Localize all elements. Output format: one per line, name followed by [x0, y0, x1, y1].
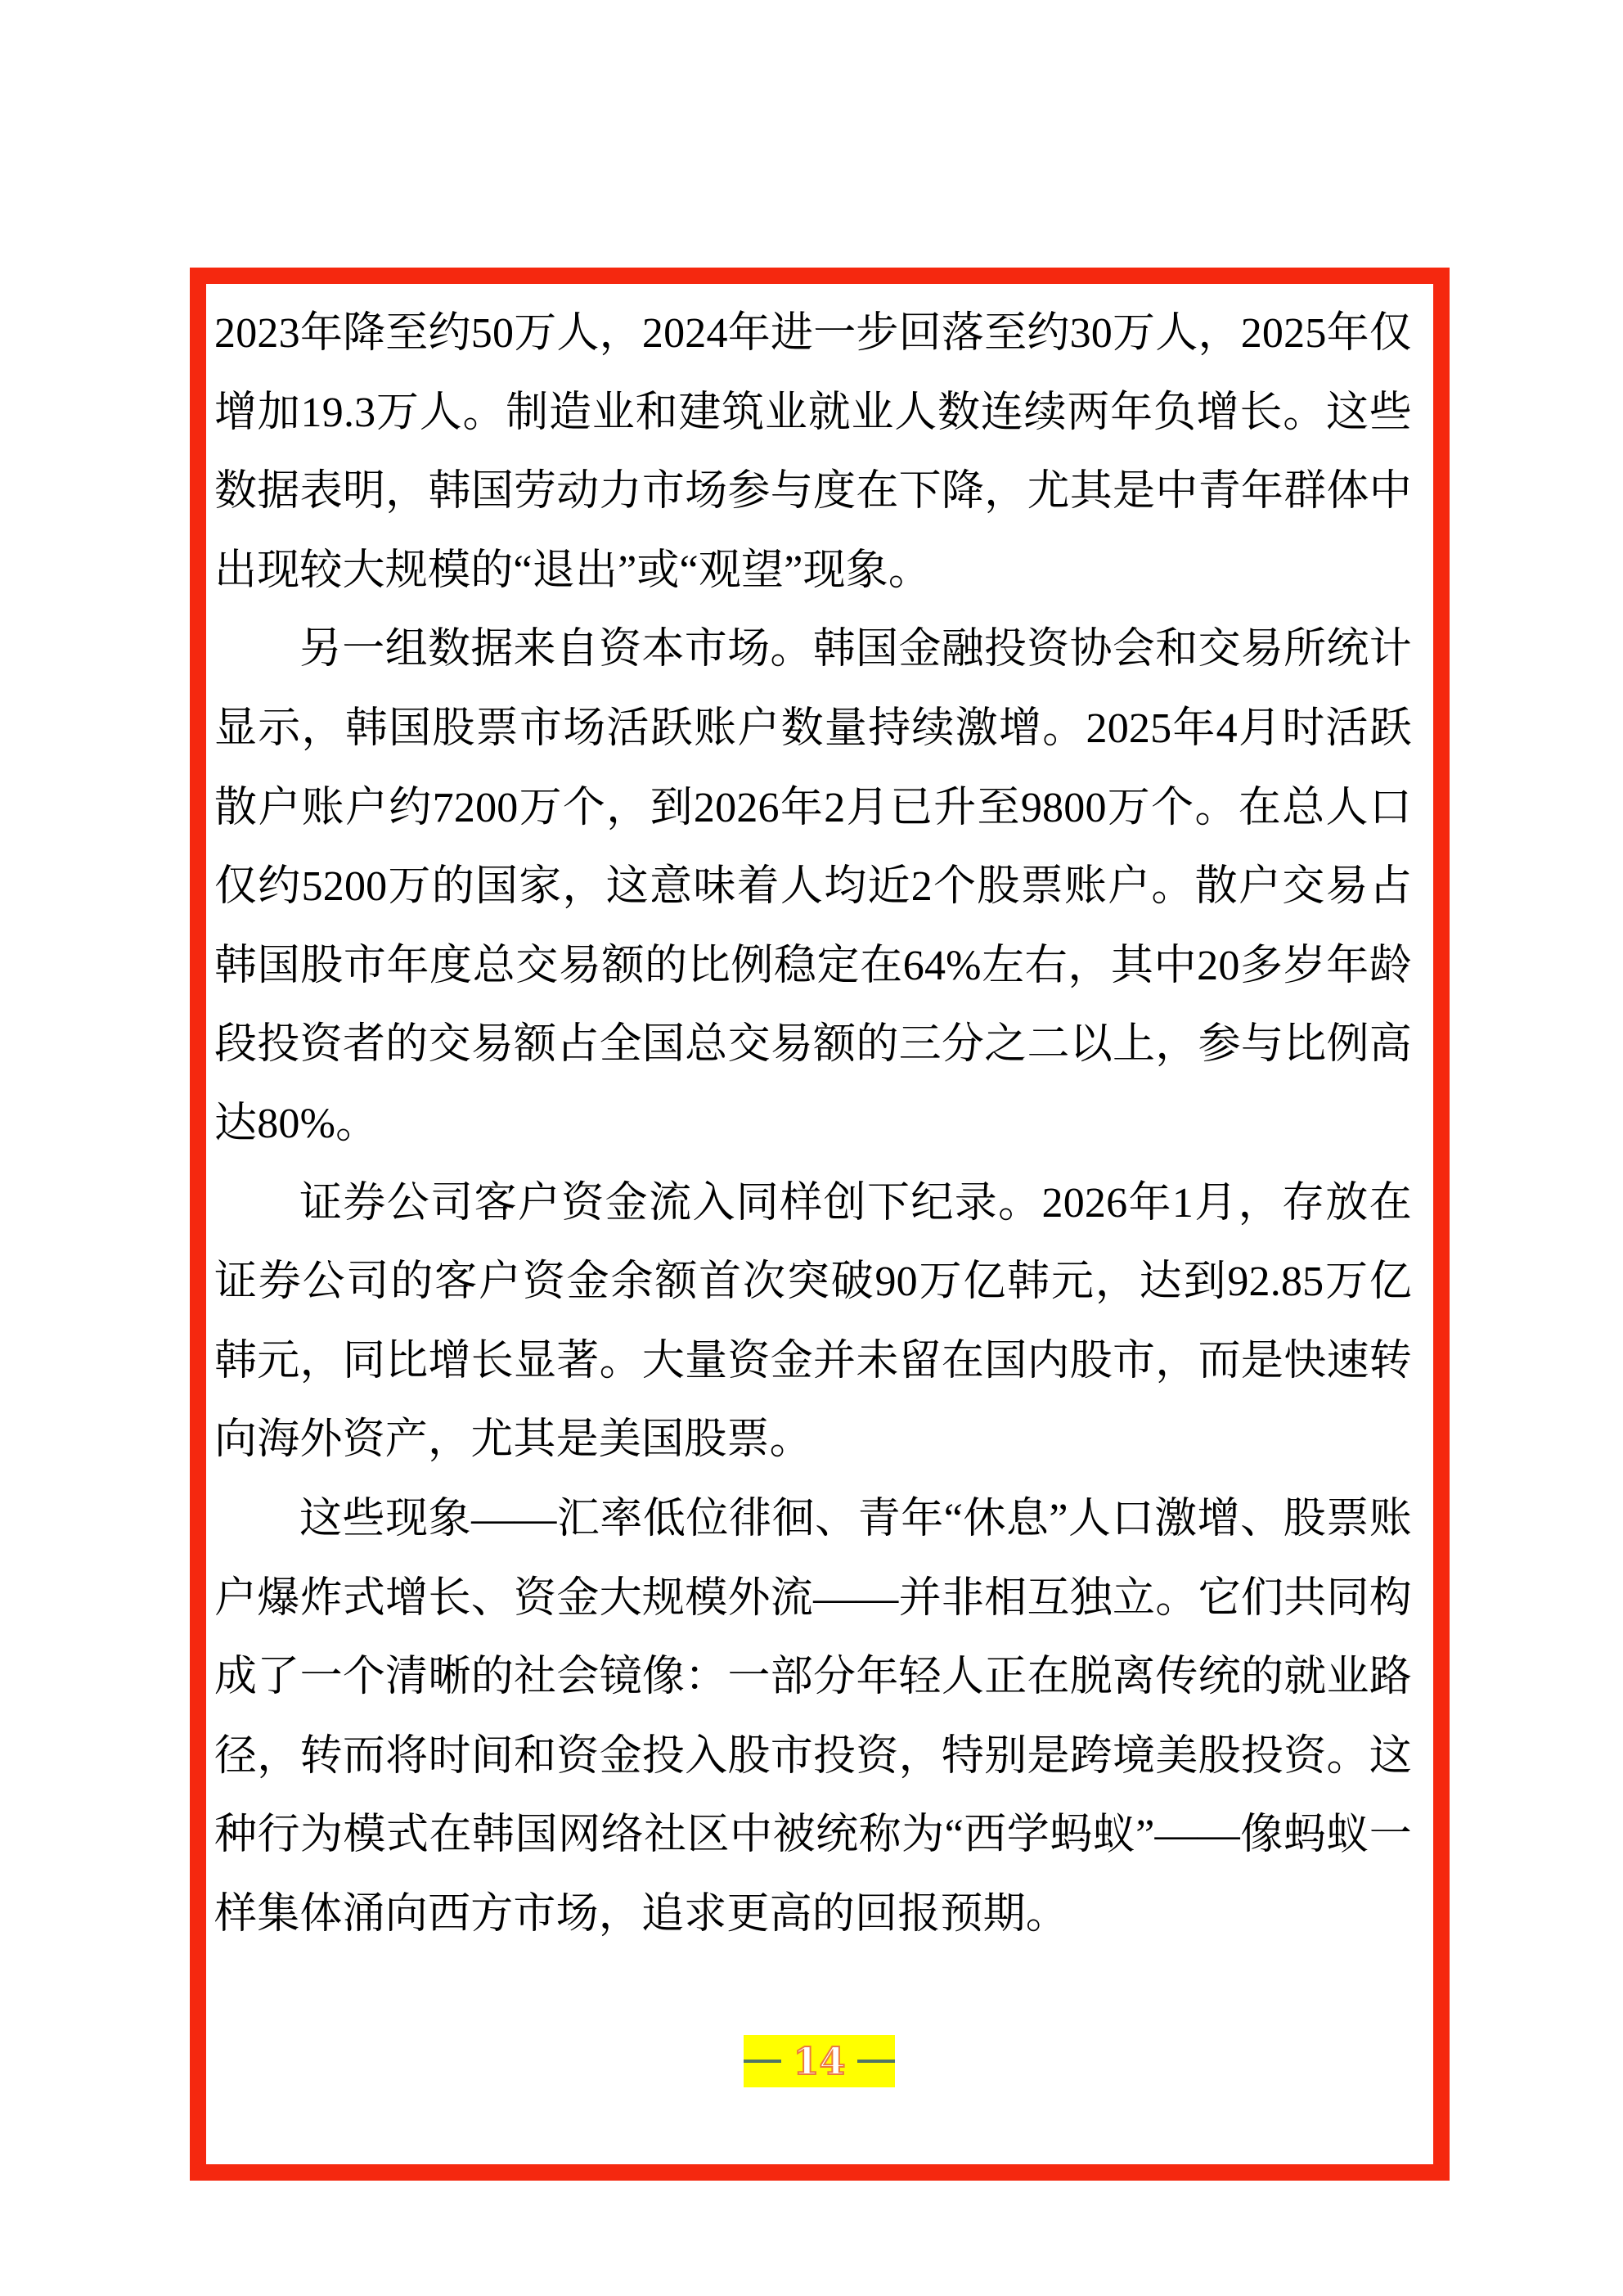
paragraph-client-funds: 证券公司客户资金流入同样创下纪录。2026年1月，存放在证券公司的客户资金余额首… [214, 1164, 1412, 1480]
paragraph-capital-market: 另一组数据来自资本市场。韩国金融投资协会和交易所统计显示，韩国股票市场活跃账户数… [214, 610, 1412, 1164]
page-number: 14 [789, 2042, 848, 2080]
paragraph-social-mirror: 这些现象——汇率低位徘徊、青年“休息”人口激增、股票账户爆炸式增长、资金大规模外… [214, 1480, 1412, 1955]
left-dash-icon [744, 2060, 781, 2063]
document-body: 2023年降至约50万人，2024年进一步回落至约30万人，2025年仅增加19… [214, 295, 1412, 1954]
paragraph-labor-market: 2023年降至约50万人，2024年进一步回落至约30万人，2025年仅增加19… [214, 295, 1412, 610]
right-dash-icon [857, 2060, 895, 2063]
page-number-badge: 14 [744, 2035, 895, 2087]
